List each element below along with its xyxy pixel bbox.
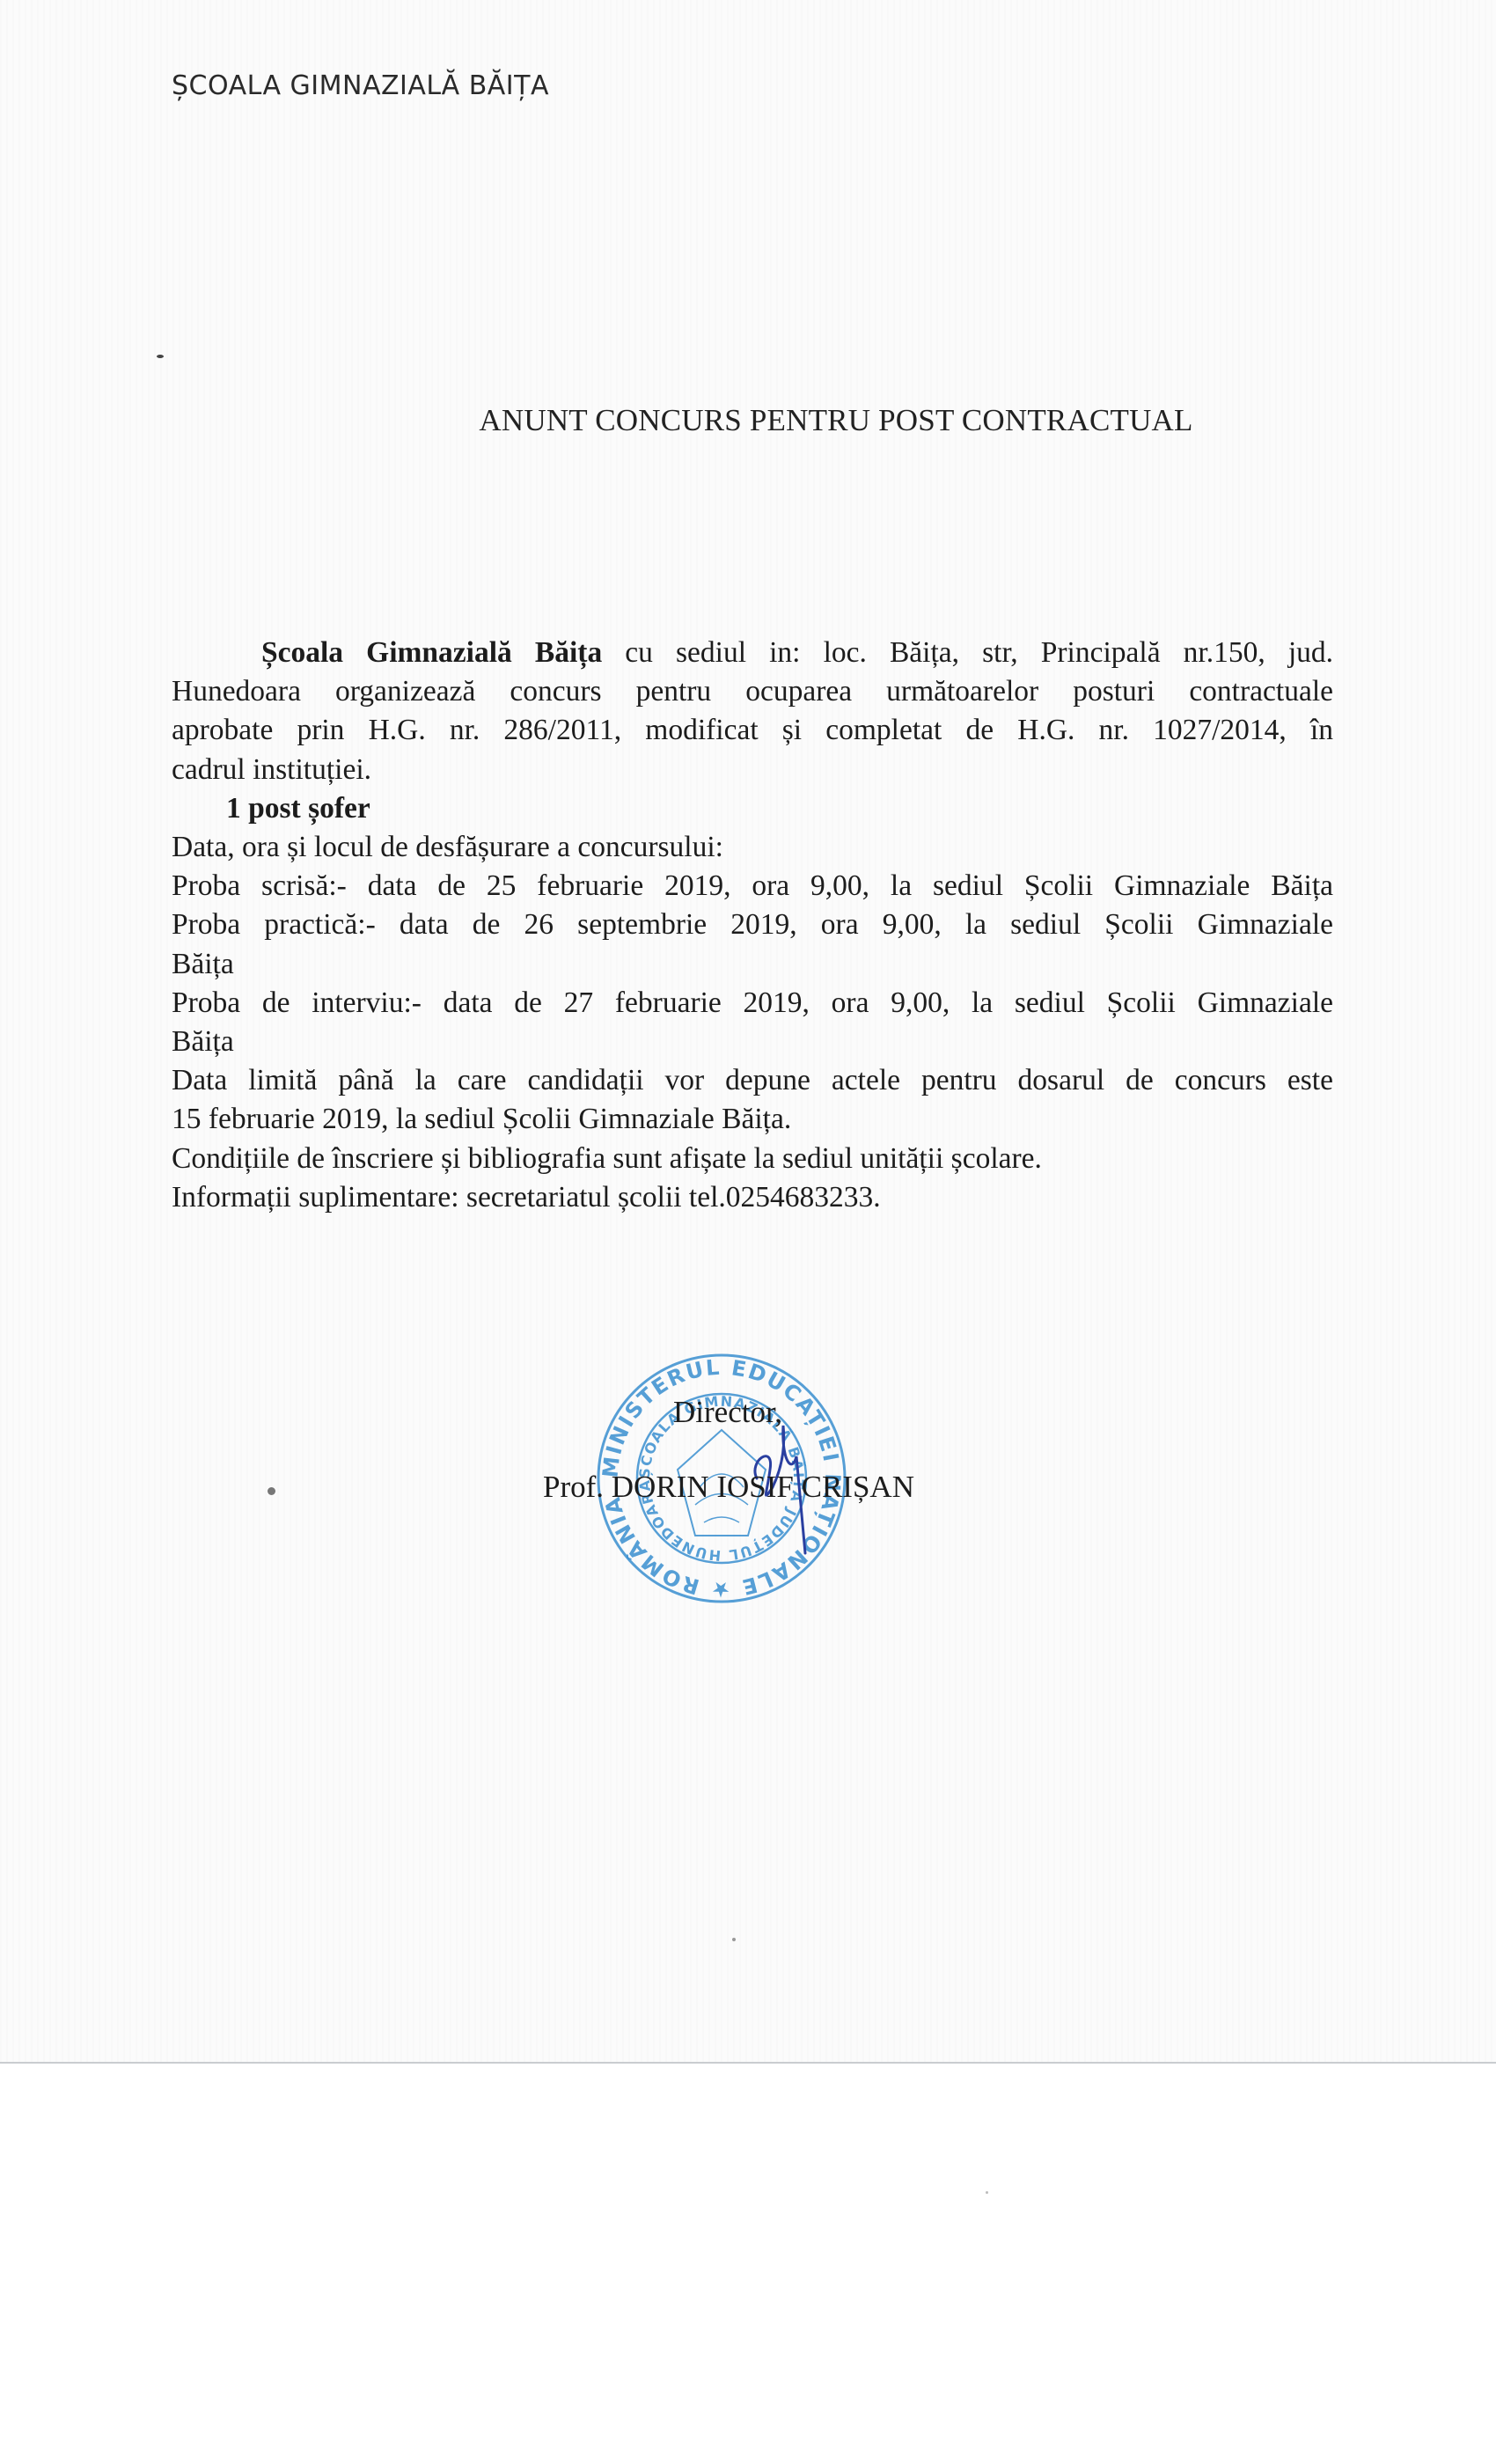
scan-speck (157, 355, 164, 358)
test-written: Proba scrisă:- data de 25 februarie 2019… (172, 867, 1333, 906)
scan-speck (732, 1938, 736, 1941)
signature-role: Director, (673, 1395, 782, 1430)
conditions-line: Condițiile de înscriere și bibliografia … (172, 1140, 1333, 1178)
deadline-line-1: Data limită până la care candidații vor … (172, 1061, 1333, 1100)
intro-line-2: Hunedoara organizează concurs pentru ocu… (172, 672, 1333, 711)
school-header: ȘCOALA GIMNAZIALĂ BĂIȚA (172, 70, 549, 101)
intro-line-3: aprobate prin H.G. nr. 286/2011, modific… (172, 711, 1333, 750)
intro-line-4: cadrul instituției. (172, 751, 1333, 789)
signatory-name: Prof. DORIN IOSIF CRIȘAN (543, 1470, 914, 1505)
deadline-line-2: 15 februarie 2019, la sediul Școlii Gimn… (172, 1100, 1333, 1139)
schedule-heading: Data, ora și locul de desfășurare a conc… (172, 828, 1333, 867)
test-interview-cont: Băița (172, 1023, 1333, 1061)
test-interview: Proba de interviu:- data de 27 februarie… (172, 984, 1333, 1023)
contact-info-line: Informații suplimentare: secretariatul ș… (172, 1178, 1333, 1217)
announcement-body: Școala Gimnazială Băița cu sediul in: lo… (172, 634, 1333, 1217)
scan-speck (986, 2191, 988, 2194)
scan-speck (268, 1487, 275, 1495)
test-practical: Proba practică:- data de 26 septembrie 2… (172, 906, 1333, 944)
test-practical-cont: Băița (172, 945, 1333, 984)
intro-line-1: Școala Gimnazială Băița cu sediul in: lo… (172, 634, 1333, 672)
post-title: 1 post șofer (172, 789, 1333, 828)
school-name: Școala Gimnazială Băița (261, 636, 602, 669)
intro-line-1-rest: cu sediul in: loc. Băița, str, Principal… (602, 636, 1333, 669)
document-title: ANUNT CONCURS PENTRU POST CONTRACTUAL (0, 403, 1496, 438)
